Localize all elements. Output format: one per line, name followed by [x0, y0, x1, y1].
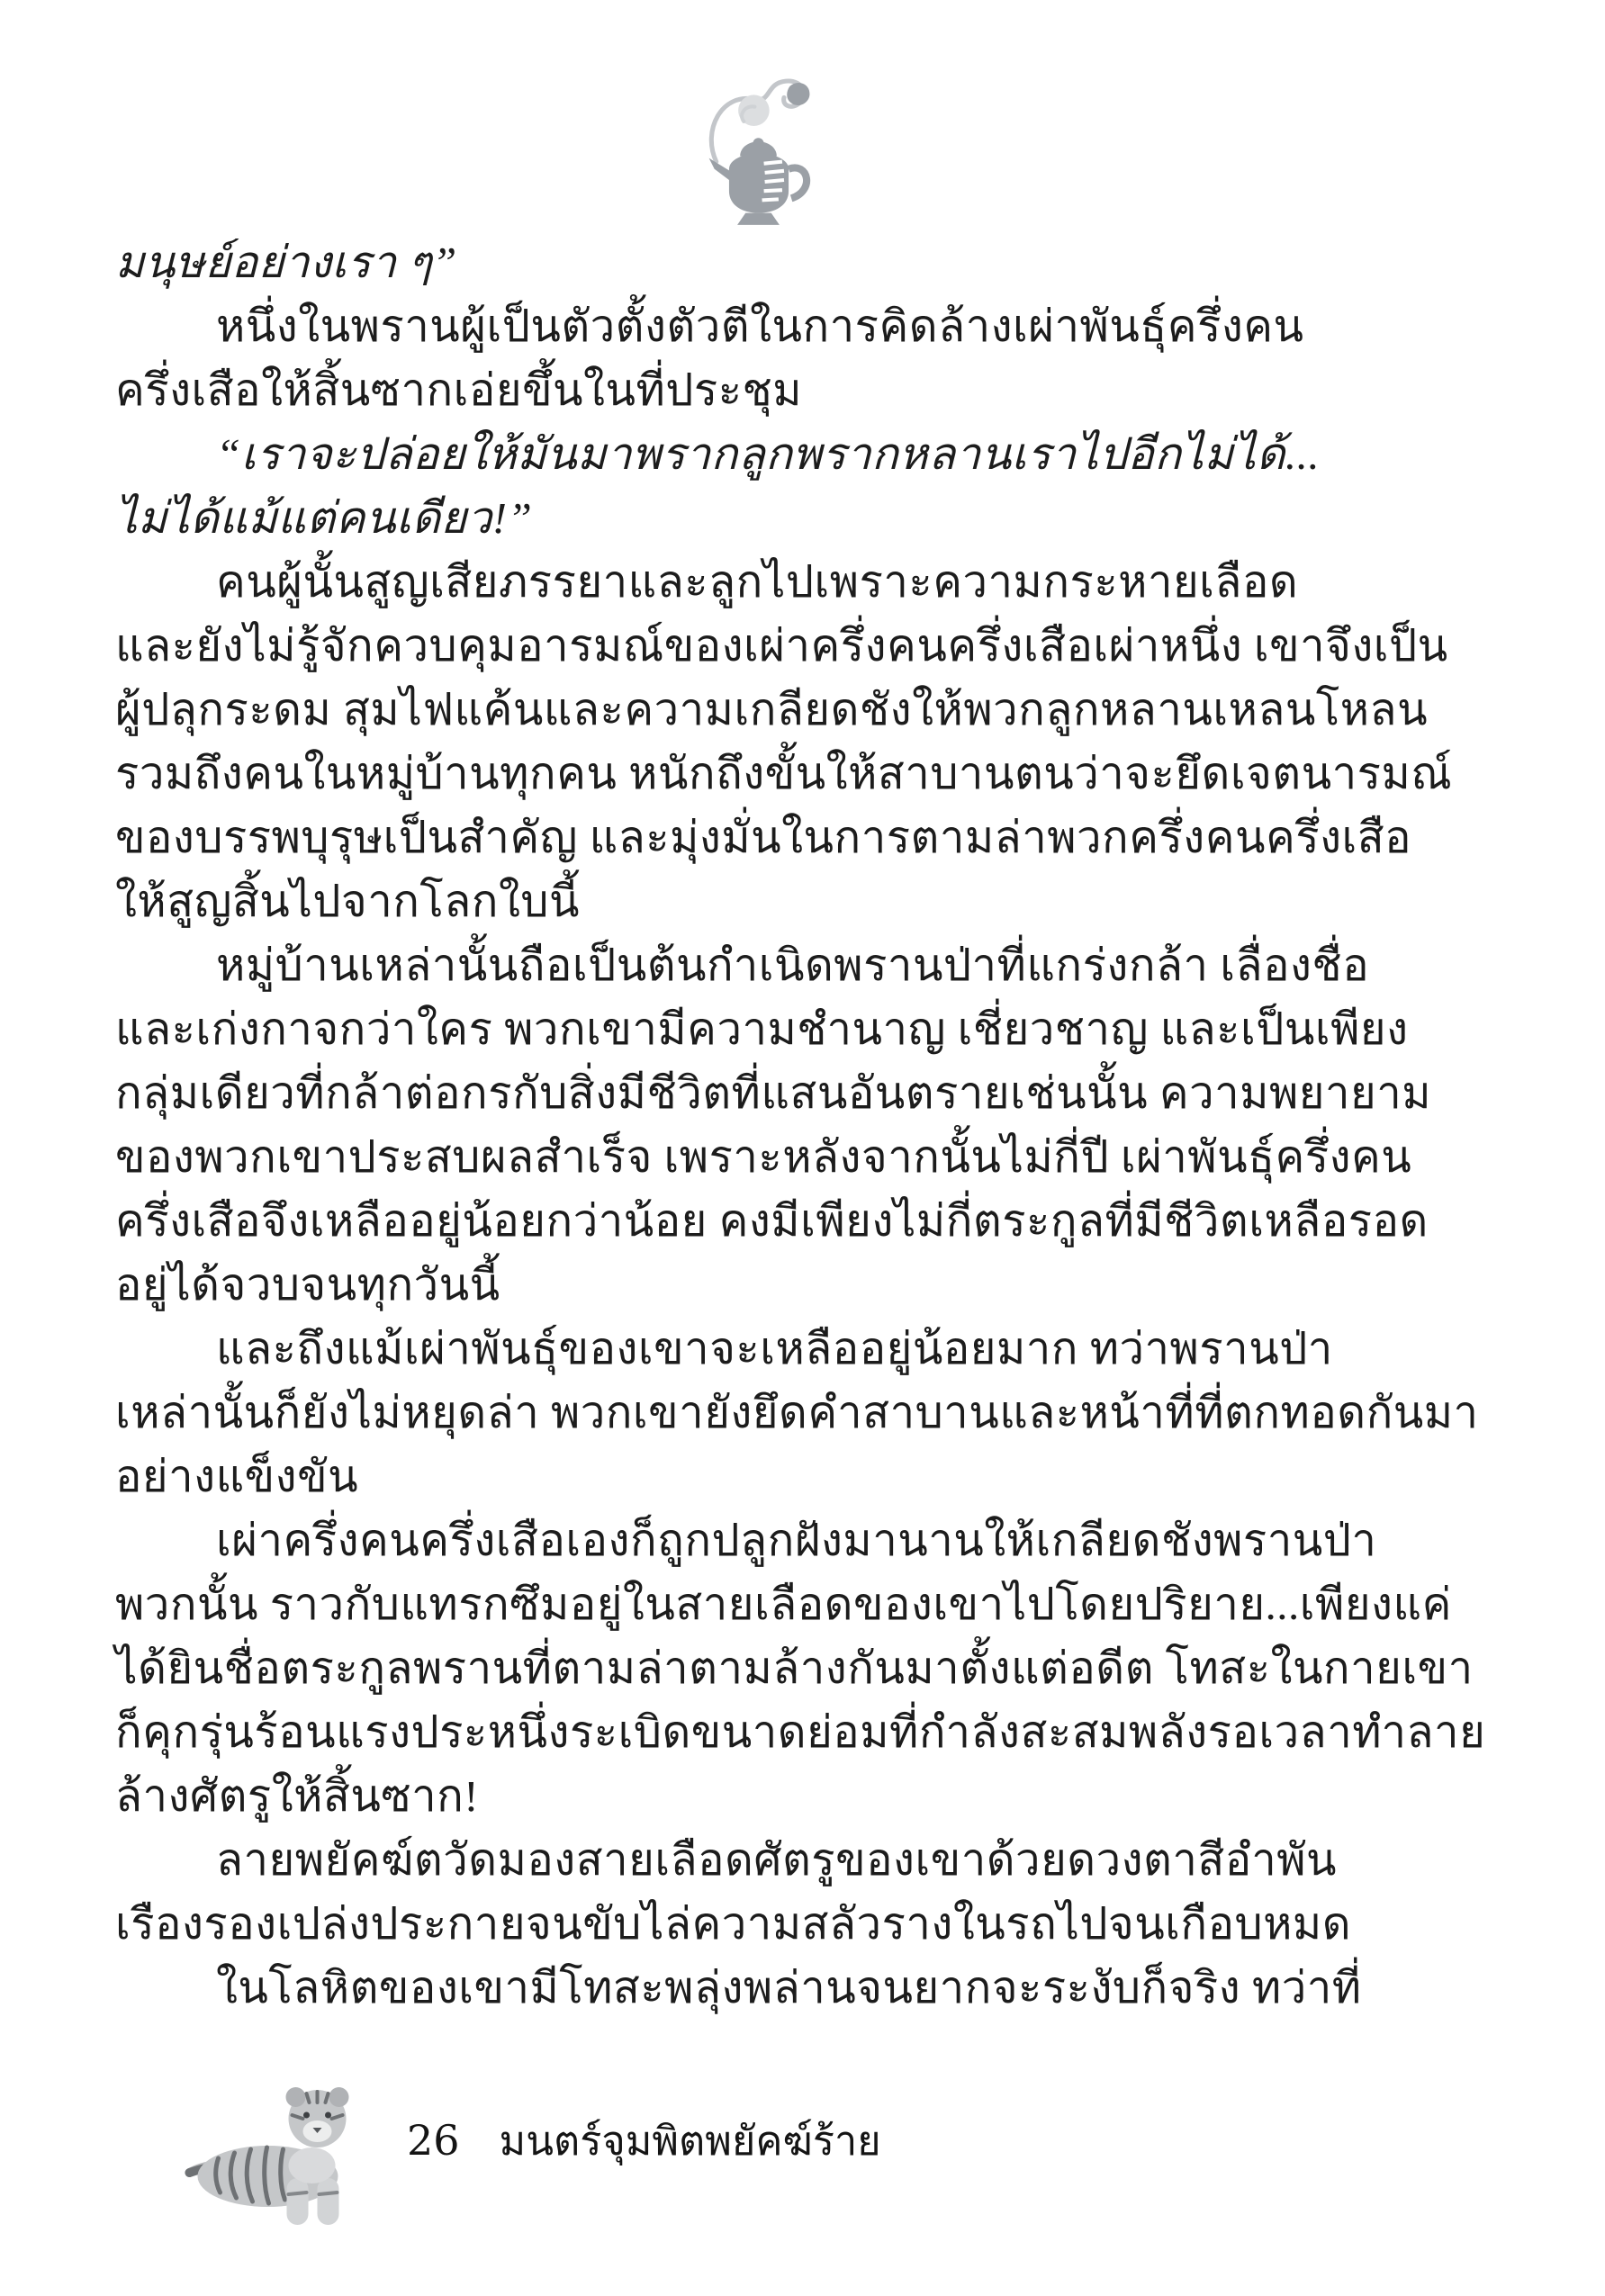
body-line: และยังไม่รู้จักควบคุมอารมณ์ของเผ่าครึ่งค… [115, 614, 1497, 678]
body-line: เหล่านั้นก็ยังไม่หยุดล่า พวกเขายังยึดคำส… [115, 1381, 1497, 1445]
body-line: ล้างศัตรูให้สิ้นซาก! [115, 1764, 1497, 1828]
body-line: คนผู้นั้นสูญเสียภรรยาและลูกไปเพราะความกร… [115, 550, 1497, 614]
body-text: มนุษย์อย่างเรา ๆ” หนึ่งในพรานผู้เป็นตัวต… [115, 230, 1497, 2020]
body-line: และถึงแม้เผ่าพันธุ์ของเขาจะเหลืออยู่น้อย… [115, 1317, 1497, 1381]
body-line: ลายพยัคฆ์ตวัดมองสายเลือดศัตรูของเขาด้วยด… [115, 1828, 1497, 1892]
body-line: เผ่าครึ่งคนครึ่งเสือเองก็ถูกปลูกฝังมานาน… [115, 1508, 1497, 1572]
body-line: พวกนั้น ราวกับแทรกซึมอยู่ในสายเลือดของเข… [115, 1572, 1497, 1636]
body-line: “เราจะปล่อยให้มันมาพรากลูกพรากหลานเราไปอ… [115, 422, 1497, 486]
body-line: ก็คุกรุ่นร้อนแรงประหนึ่งระเบิดขนาดย่อมที… [115, 1700, 1497, 1764]
body-line: ครึ่งเสือให้สิ้นซากเอ่ยขึ้นในที่ประชุม [115, 358, 1497, 422]
footer: 26 มนตร์จุมพิตพยัคฆ์ร้าย [407, 2108, 881, 2173]
body-line: หนึ่งในพรานผู้เป็นตัวตั้งตัวตีในการคิดล้… [115, 294, 1497, 358]
body-line: ในโลหิตของเขามีโทสะพลุ่งพล่านจนยากจะระงั… [115, 1956, 1497, 2020]
tiger-icon [180, 2072, 374, 2238]
body-line: หมู่บ้านเหล่านั้นถือเป็นต้นกำเนิดพรานป่า… [115, 933, 1497, 997]
genie-lamp-icon [700, 74, 817, 234]
body-line: กลุ่มเดียวที่กล้าต่อกรกับสิ่งมีชีวิตที่แ… [115, 1061, 1497, 1125]
body-line: เรืองรองเปล่งประกายจนขับไล่ความสลัวรางใน… [115, 1892, 1497, 1956]
body-line: มนุษย์อย่างเรา ๆ” [115, 230, 1497, 294]
running-title: มนตร์จุมพิตพยัคฆ์ร้าย [500, 2108, 881, 2173]
body-line: ของพวกเขาประสบผลสำเร็จ เพราะหลังจากนั้นไ… [115, 1125, 1497, 1189]
body-line: อย่างแข็งขัน [115, 1445, 1497, 1508]
body-line: ผู้ปลุกระดม สุมไฟแค้นและความเกลียดชังให้… [115, 678, 1497, 742]
body-line: รวมถึงคนในหมู่บ้านทุกคน หนักถึงขั้นให้สา… [115, 742, 1497, 806]
page-number: 26 [407, 2116, 460, 2165]
body-line: ให้สูญสิ้นไปจากโลกใบนี้ [115, 869, 1497, 933]
book-page: มนุษย์อย่างเรา ๆ” หนึ่งในพรานผู้เป็นตัวต… [0, 0, 1605, 2296]
body-line: ไม่ได้แม้แต่คนเดียว!” [115, 486, 1497, 550]
body-line: ของบรรพบุรุษเป็นสำคัญ และมุ่งมั่นในการตา… [115, 806, 1497, 869]
body-line: อยู่ได้จวบจนทุกวันนี้ [115, 1253, 1497, 1317]
body-line: ได้ยินชื่อตระกูลพรานที่ตามล่าตามล้างกันม… [115, 1636, 1497, 1700]
body-line: และเก่งกาจกว่าใคร พวกเขามีความชำนาญ เชี่… [115, 997, 1497, 1061]
body-line: ครึ่งเสือจึงเหลืออยู่น้อยกว่าน้อย คงมีเพ… [115, 1189, 1497, 1253]
